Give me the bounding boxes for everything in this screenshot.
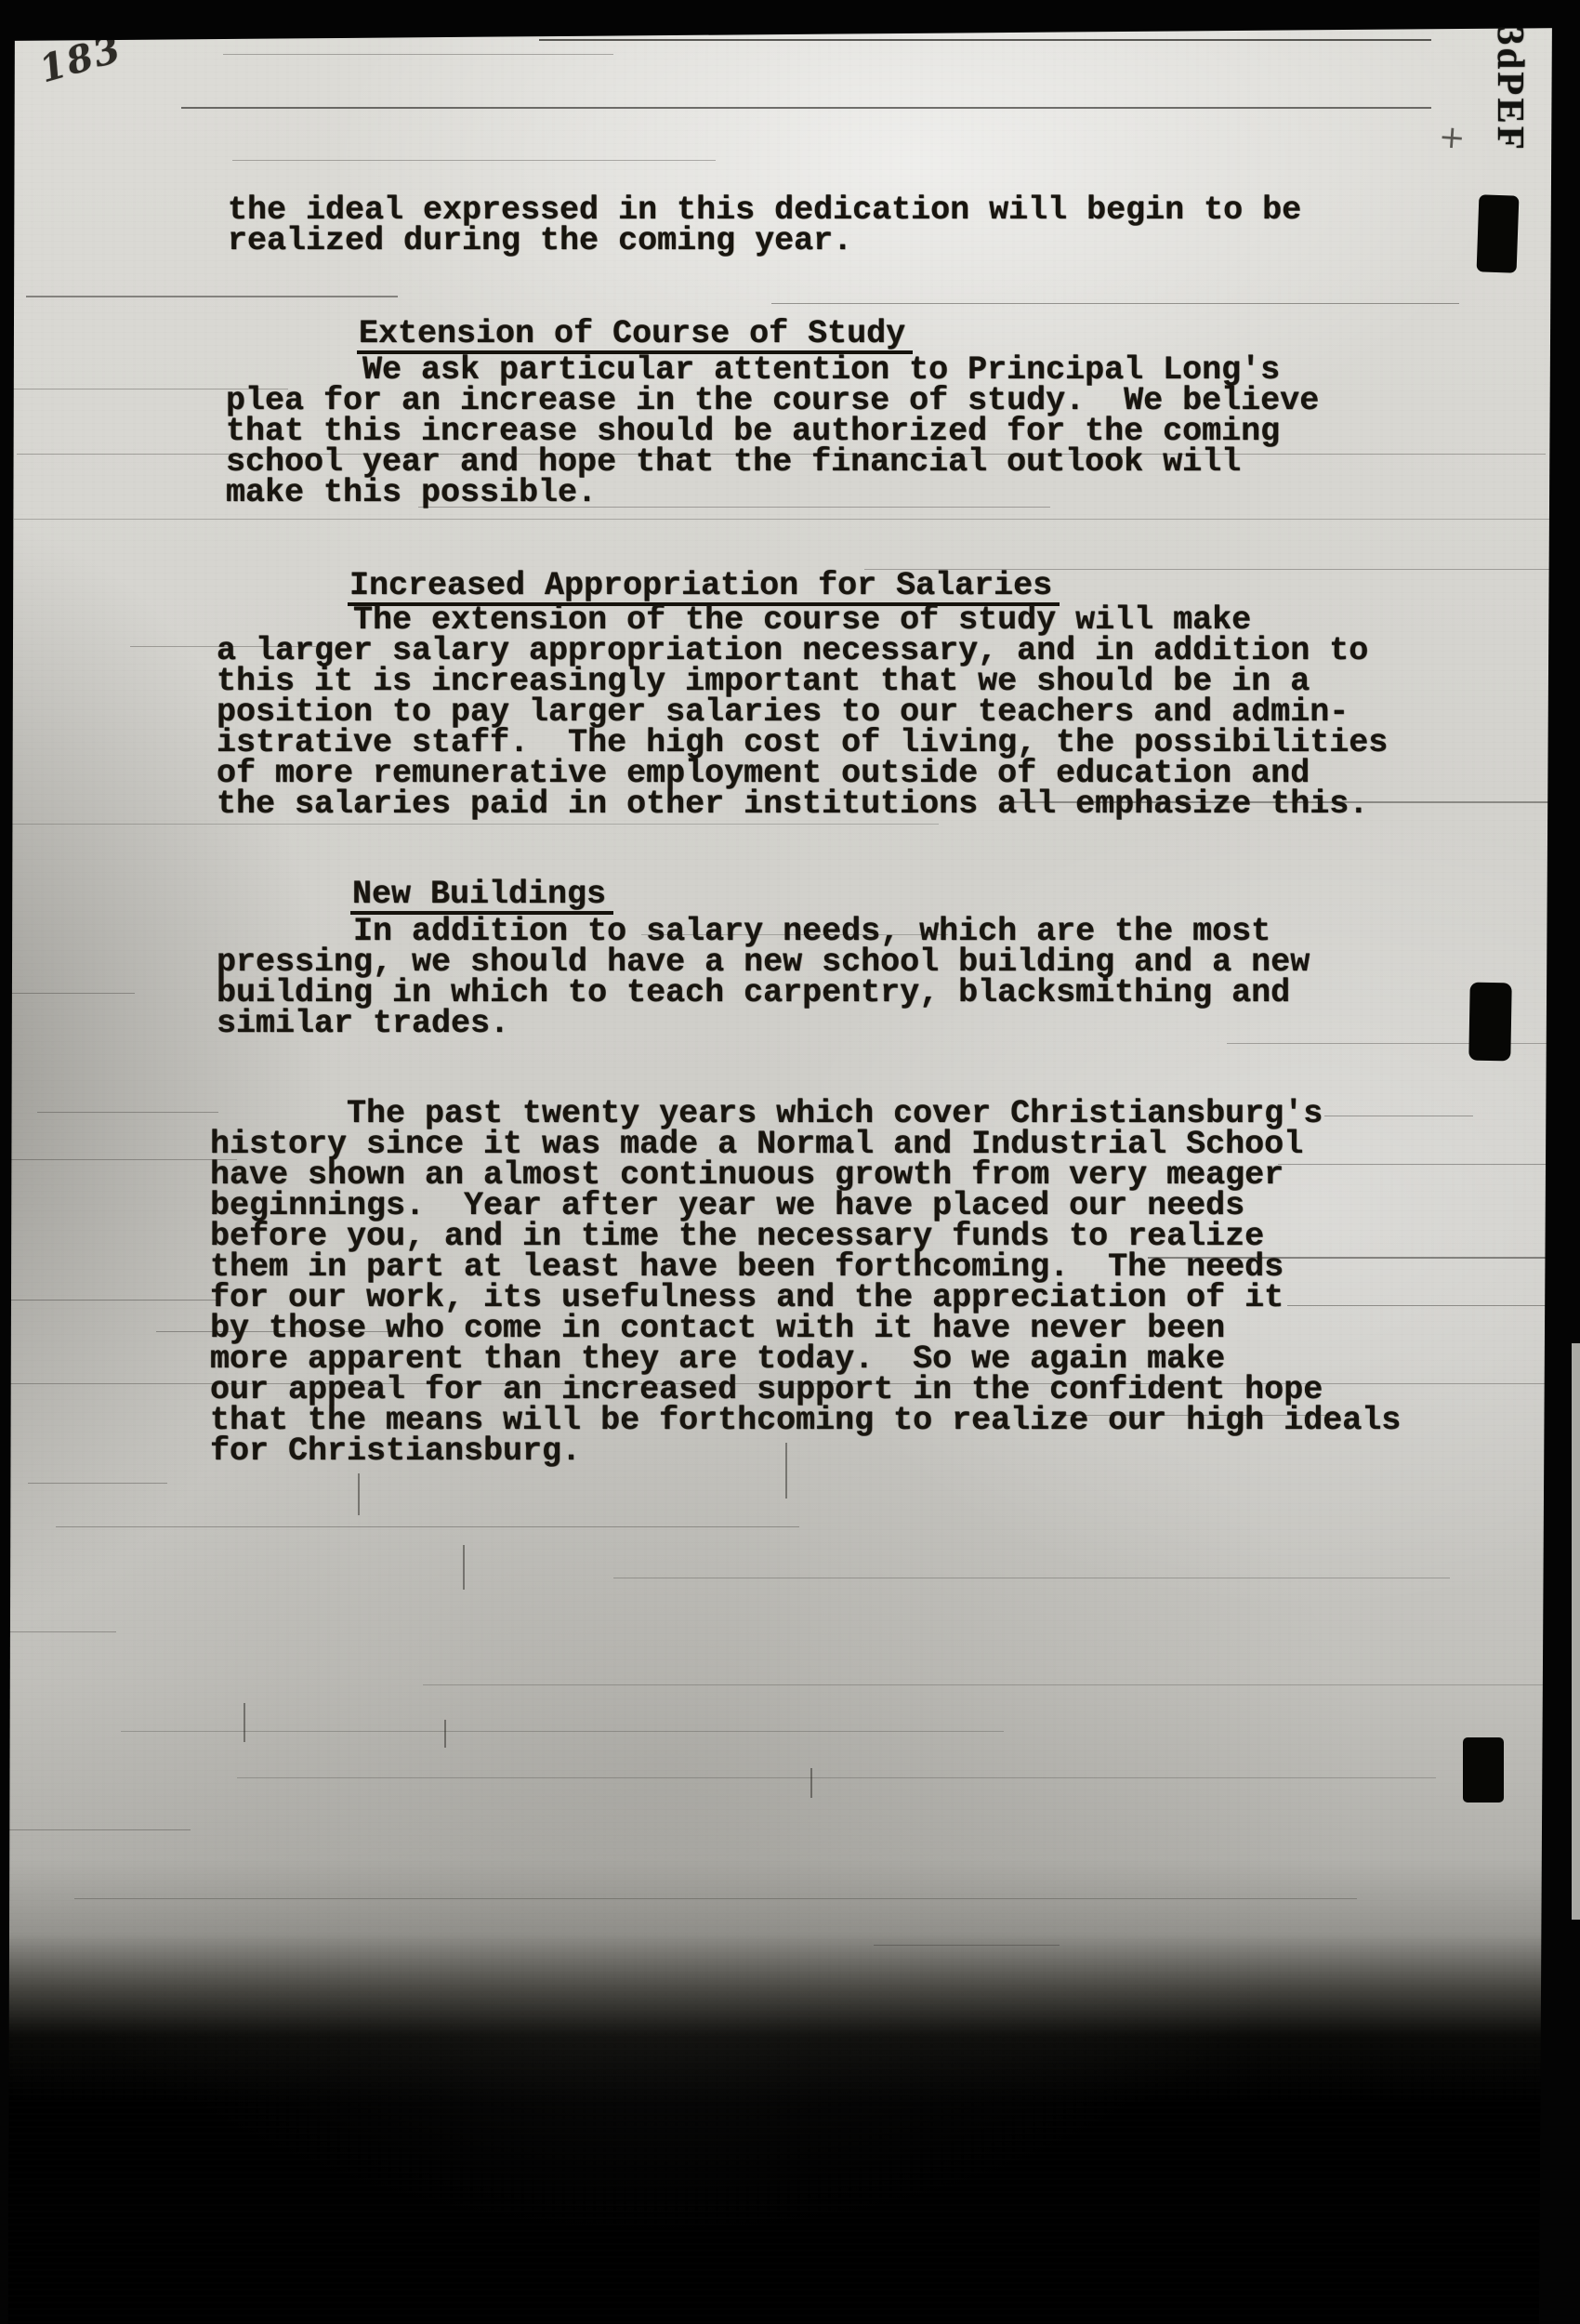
scratch-line-artifact <box>14 519 1571 520</box>
vertical-tick-artifact <box>244 1703 245 1742</box>
intro-paragraph: the ideal expressed in this dedication w… <box>228 195 1301 257</box>
scratch-line-artifact <box>0 993 135 994</box>
heading-underlined-text: New Buildings <box>350 879 613 915</box>
scratch-line-artifact <box>874 1945 1060 1946</box>
vertical-tick-artifact <box>810 1768 812 1798</box>
scratch-line-artifact <box>121 1731 1004 1732</box>
film-blip-mark <box>1477 194 1520 272</box>
vertical-tick-artifact <box>463 1545 465 1590</box>
film-border-right <box>1539 0 1580 2324</box>
film-blip-mark <box>1463 1737 1504 1802</box>
film-edge-light-strip <box>1572 1343 1580 1920</box>
scratch-line-artifact <box>56 1526 799 1527</box>
scratch-line-artifact <box>181 107 1431 109</box>
vertical-tick-artifact <box>358 1473 360 1515</box>
scratch-line-artifact <box>0 1159 237 1160</box>
scratch-line-artifact <box>232 160 716 161</box>
scratch-line-artifact <box>28 1483 167 1484</box>
vertical-tick-artifact <box>444 1720 446 1748</box>
heading-underlined-text: Extension of Course of Study <box>357 319 913 354</box>
scratch-line-artifact <box>0 1829 191 1830</box>
scratch-line-artifact <box>0 1300 218 1301</box>
paragraph-buildings: In addition to salary needs, which are t… <box>217 917 1310 1039</box>
scanned-document-page: 183 the ideal expressed in this dedicati… <box>0 0 1580 2324</box>
scratch-line-artifact <box>74 1898 1357 1899</box>
scratch-line-artifact <box>0 824 939 825</box>
plus-pencil-mark: + <box>1438 118 1467 157</box>
paragraph-salaries: The extension of the course of study wil… <box>217 605 1388 820</box>
film-border-top <box>0 0 1580 41</box>
scratch-line-artifact <box>37 1112 218 1113</box>
scratch-line-artifact <box>223 54 613 55</box>
scratch-line-artifact <box>539 39 1431 41</box>
scratch-line-artifact <box>423 1684 1547 1685</box>
scratch-line-artifact <box>237 1777 1436 1778</box>
paragraph-extension: We ask particular attention to Principal… <box>226 355 1319 508</box>
closing-paragraph: The past twenty years which cover Christ… <box>210 1099 1401 1467</box>
film-edge-code-label: 3dPEF <box>1491 26 1532 149</box>
film-border-left <box>0 0 15 2324</box>
scratch-line-artifact <box>0 1631 116 1632</box>
film-blip-mark <box>1468 983 1511 1062</box>
scratch-line-artifact <box>613 1578 1450 1578</box>
